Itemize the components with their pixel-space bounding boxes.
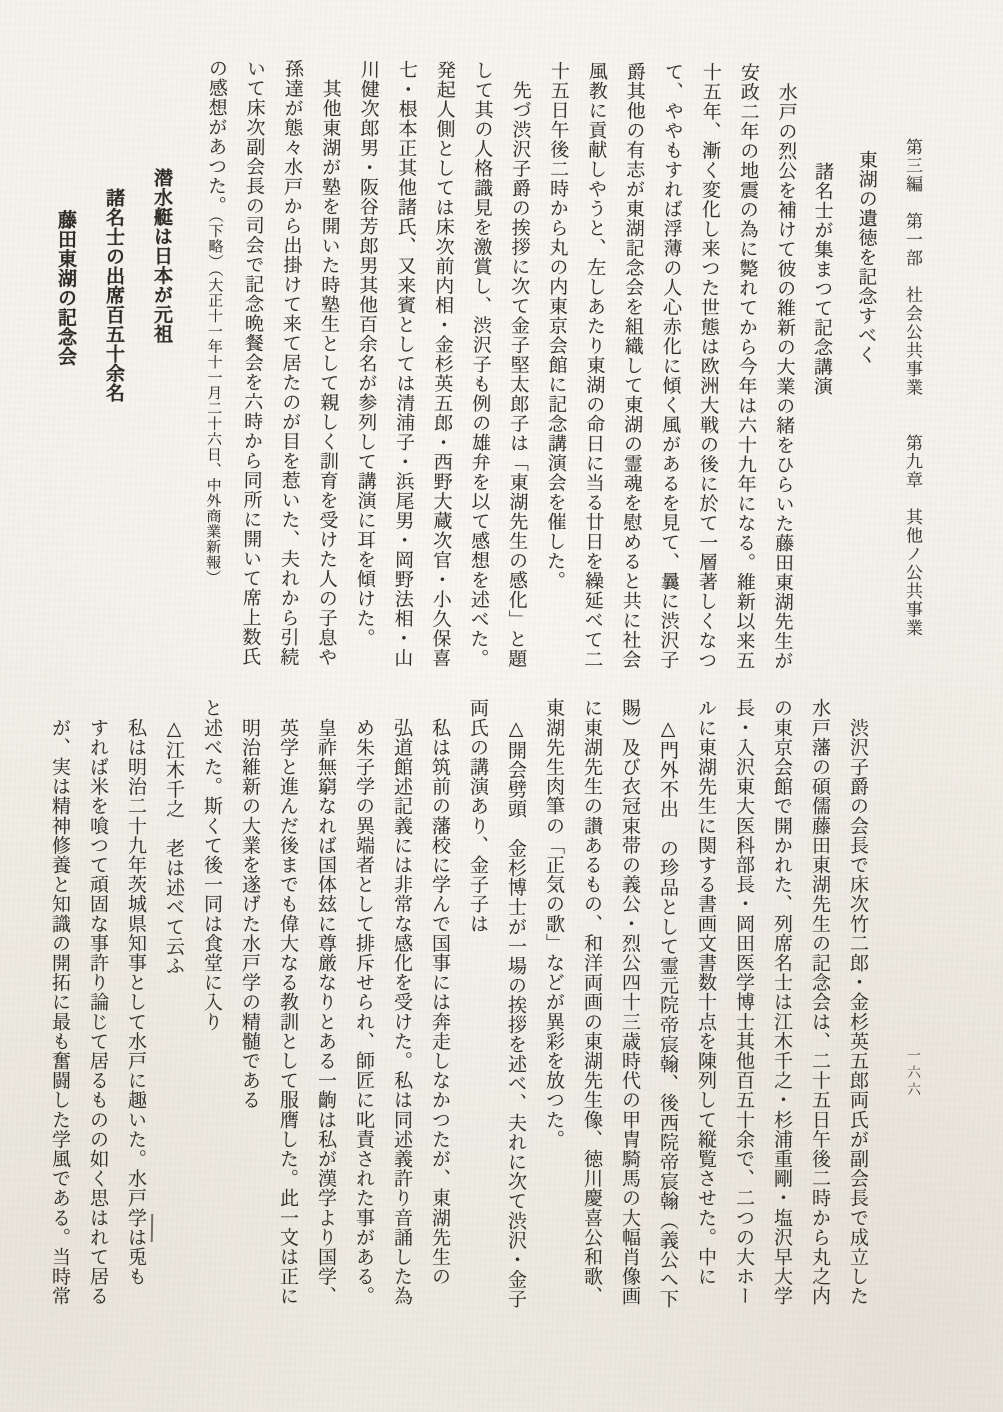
text-column: 両氏の講演あり、金子子は — [459, 698, 497, 1314]
text-column: 十五年、漸く変化し来つた世態は欧洲大戦の後に於て一層著しくなつ — [687, 62, 730, 676]
text-column: 孫達が態々水戸から出掛けて来て居たのが目を惹いた、夫れから引続 — [269, 59, 312, 673]
text-column: 水戸の烈公を補けて彼の維新の大業の緒をひらいた藤田東湖先生が — [763, 63, 806, 677]
text-column: め朱子学の異端者として排斥せられ、師匠に叱責された事がある。 — [345, 698, 383, 1314]
text-column: 風教に貢献しやうと、左しあたり東湖の命日に当る廿日を繰延べて二 — [573, 61, 616, 675]
text-column: △開会劈頭 金杉博士が一場の挨拶を述べ、夫れに次て渋沢・金子 — [497, 698, 535, 1314]
text-column: 安政二年の地震の為に斃れてから今年は六十九年になる。維新以来五 — [725, 62, 768, 676]
article2-subheadline: 諸名士の出席百五十余名 — [90, 168, 138, 403]
text-column: ルに東湖先生に関する書画文書数十点を陳列して縦覧させた。中に — [687, 698, 725, 1314]
body-text: の感想があつた。 — [205, 58, 228, 215]
text-column: 水戸藩の碩儒藤田東湖先生の記念会は、二十五日午後二時から丸之内 — [801, 698, 839, 1314]
article2-headline: 潜水艇は日本が元祖 — [138, 168, 186, 403]
text-column: △門外不出 の珍品として霊元院帝宸翰、後西院帝宸翰（義公へ下 — [649, 698, 687, 1314]
text-column: すれば米を喰つて頑固な事許り論じて居るものの如く思はれて居る — [79, 698, 117, 1314]
article1-headings: 東湖の遺徳を記念すべく 諸名士が集まつて記念講演 — [800, 150, 889, 396]
text-column: の感想があつた。（下略）（大正十一年十一月二十六日、中外商業新報） — [193, 58, 236, 672]
text-column: いて床次副会長の司会で記念晩餐会を六時から同所に開いて席上数氏 — [231, 59, 274, 673]
text-column: 明治維新の大業を遂げた水戸学の精髄である — [231, 698, 269, 1314]
article2-headlines: 潜水艇は日本が元祖 諸名士の出席百五十余名 藤田東湖の記念会 — [42, 168, 186, 403]
text-column: が、実は精神修養と知識の開拓に最も奮闘した学風である。当時常 — [41, 698, 79, 1314]
text-column: 発起人側としては床次前内相・金杉英五郎・西野大蔵次官・小久保喜 — [421, 60, 464, 674]
text-column: 私は明治二十九年茨城県知事として水戸に趣いた。水戸学は兎も — [117, 698, 155, 1314]
text-column: 十五日午後二時から丸の内東京会館に記念講演会を催した。 — [535, 61, 578, 675]
article1-headline: 東湖の遺徳を記念すべく — [844, 150, 889, 396]
text-column: 長・入沢東大医科部長・岡田医学博士其他百五十余で、二つの大ホー — [725, 698, 763, 1314]
text-column: △江木千之 老は述べて云ふ — [155, 698, 193, 1314]
text-column: 川健次郎男・阪谷芳郎男其他百余名が参列して講演に耳を傾けた。 — [345, 59, 388, 673]
article1-subheadline: 諸名士が集まつて記念講演 — [800, 150, 845, 396]
text-column: 先づ渋沢子爵の挨拶に次て金子堅太郎子は「東湖先生の感化」と題 — [497, 61, 540, 675]
text-column: 其他東湖が塾を開いた時塾生として親しく訓育を受けた人の子息や — [307, 59, 350, 673]
text-column: と述べた。斯くて後一同は食堂に入り — [193, 698, 231, 1314]
text-column: の東京会館で開かれた、列席名士は江木千之・杉浦重剛・塩沢早大学 — [763, 698, 801, 1314]
text-column: 弘道館述記義には非常な感化を受けた。私は同述義許り音誦した為 — [383, 698, 421, 1314]
article2-body: 渋沢子爵の会長で床次竹二郎・金杉英五郎両氏が副会長で成立した水戸藩の碩儒藤田東湖… — [41, 698, 877, 1314]
text-column: 賜）及び衣冠束帯の義公・烈公四十三歳時代の甲冑騎馬の大幅肖像画 — [611, 698, 649, 1314]
text-column: 渋沢子爵の会長で床次竹二郎・金杉英五郎両氏が副会長で成立した — [839, 698, 877, 1314]
text-column: 東湖先生肉筆の「正気の歌」などが異彩を放つた。 — [535, 698, 573, 1314]
scanned-book-page: 第三編 第一部 社会公共事業 第九章 其他ノ公共事業 東湖の遺徳を記念すべく 諸… — [0, 0, 1003, 1412]
text-column: に東湖先生の讃あるもの、和洋両画の東湖先生像、徳川慶喜公和歌、 — [573, 698, 611, 1314]
article2-subsubheadline: 藤田東湖の記念会 — [42, 168, 90, 403]
text-column: 英学と進んだ後までも偉大なる教訓として服膺した。此一文は正に — [269, 698, 307, 1314]
text-column: 皇祚無窮なれば国体玆に尊厳なりとある一齣は私が漢学より国学、 — [307, 698, 345, 1314]
article1-body: 水戸の烈公を補けて彼の維新の大業の緒をひらいた藤田東湖先生が安政二年の地震の為に… — [193, 58, 806, 677]
text-column: て、ややもすれば浮薄の人心赤化に傾く風があるを見て、曩に渋沢子 — [649, 62, 692, 676]
text-column: して其の人格識見を激賞し、渋沢子も例の雄弁を以て感想を述べた。 — [459, 60, 502, 674]
text-column: 私は筑前の藩校に学んで国事には奔走しなかつたが、東湖先生の — [421, 698, 459, 1314]
page-number: 一六六 — [903, 1048, 923, 1099]
citation-text: （下略）（大正十一年十一月二十六日、中外商業新報） — [204, 215, 225, 585]
running-head: 第三編 第一部 社会公共事業 第九章 其他ノ公共事業 — [900, 138, 925, 638]
text-column: 七・根本正其他諸氏、又来賓としては清浦子・浜尾男・岡野法相・山 — [383, 60, 426, 674]
text-column: 爵其他の有志が東湖記念会を組織して東湖の霊魂を慰めると共に社会 — [611, 62, 654, 676]
